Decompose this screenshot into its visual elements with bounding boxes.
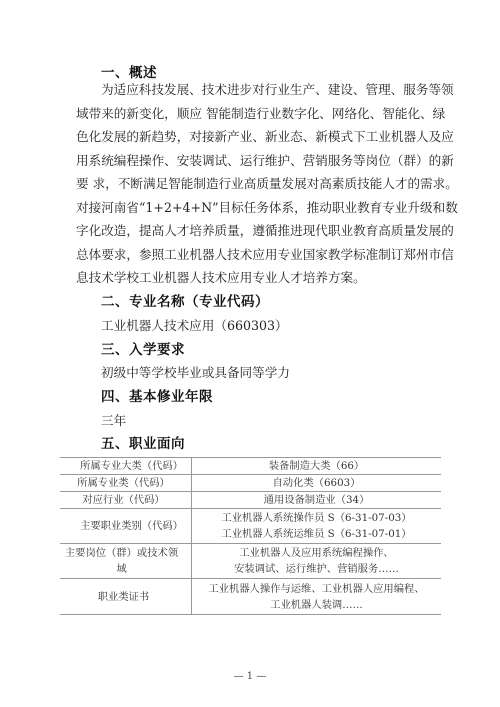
- duration-text: 三年: [101, 410, 126, 429]
- row-value: 工业机器人系统操作员 S（6-31-07-03） 工业机器人系统运维员 S（6-…: [192, 509, 442, 544]
- paragraph-line: 要 求，不断满足智能制造行业高质量发展对高素质技能人才的需求。: [76, 172, 448, 196]
- row-key: 职业类证书: [60, 579, 192, 615]
- table-row: 对应行业（代码） 通用设备制造业（34）: [60, 492, 441, 509]
- career-orientation-table: 所属专业大类（代码） 装备制造大类（66） 所属专业类（代码） 自动化类（660…: [60, 457, 441, 615]
- page-number: — 1 —: [0, 671, 500, 682]
- paragraph-line: 息技术学校工业机器人技术应用专业人才培养方案。: [76, 266, 448, 290]
- table-row: 主要岗位（群）或技术领域 工业机器人及应用系统编程操作、 安装调试、运行维护、营…: [60, 544, 441, 579]
- major-name-text: 工业机器人技术应用（660303）: [101, 315, 288, 334]
- admission-text: 初级中等学校毕业或具备同等学力: [101, 362, 290, 381]
- table-row: 所属专业大类（代码） 装备制造大类（66）: [60, 458, 441, 475]
- paragraph-line: 域带来的新变化，顺应 智能制造行业数字化、网络化、智能化、绿: [76, 102, 448, 126]
- row-key: 主要岗位（群）或技术领域: [60, 544, 192, 579]
- paragraph-line: 对接河南省“1+2+4+N”目标任务体系，推动职业教育专业升级和数: [76, 196, 448, 220]
- value-line: 安装调试、运行维护、营销服务……: [196, 561, 437, 577]
- table-row: 所属专业类（代码） 自动化类（6603）: [60, 475, 441, 492]
- table-row: 主要职业类别（代码） 工业机器人系统操作员 S（6-31-07-03） 工业机器…: [60, 509, 441, 544]
- value-line: 工业机器人装调……: [196, 597, 437, 613]
- document-page: 一、概述 为适应科技发展、技术进步对行业生产、建设、管理、服务等领 域带来的新变…: [0, 0, 500, 707]
- paragraph-line: 色化发展的新趋势，对接新产业、新业态、新模式下工业机器人及应: [76, 125, 448, 149]
- row-value: 工业机器人操作与运维、工业机器人应用编程、 工业机器人装调……: [192, 579, 442, 615]
- row-value: 装备制造大类（66）: [192, 458, 442, 475]
- section-heading-career: 五、职业面向: [101, 432, 185, 452]
- section-heading-admission: 三、入学要求: [101, 338, 185, 358]
- row-value: 通用设备制造业（34）: [192, 492, 442, 509]
- row-value: 工业机器人及应用系统编程操作、 安装调试、运行维护、营销服务……: [192, 544, 442, 579]
- row-key: 所属专业大类（代码）: [60, 458, 192, 475]
- value-line: 工业机器人及应用系统编程操作、: [196, 545, 437, 561]
- value-line: 工业机器人系统操作员 S（6-31-07-03）: [196, 510, 437, 526]
- value-line: 工业机器人系统运维员 S（6-31-07-01）: [196, 526, 437, 542]
- paragraph-line: 为适应科技发展、技术进步对行业生产、建设、管理、服务等领: [76, 78, 448, 102]
- row-value: 自动化类（6603）: [192, 475, 442, 492]
- paragraph-line: 用系统编程操作、安装调试、运行维护、营销服务等岗位（群）的新: [76, 149, 448, 173]
- paragraph-line: 字化改造，提高人才培养质量，遵循推进现代职业教育高质量发展的: [76, 219, 448, 243]
- row-key: 所属专业类（代码）: [60, 475, 192, 492]
- value-line: 工业机器人操作与运维、工业机器人应用编程、: [196, 581, 437, 597]
- overview-paragraph: 为适应科技发展、技术进步对行业生产、建设、管理、服务等领 域带来的新变化，顺应 …: [76, 78, 448, 290]
- table-row: 职业类证书 工业机器人操作与运维、工业机器人应用编程、 工业机器人装调……: [60, 579, 441, 615]
- row-key: 主要职业类别（代码）: [60, 509, 192, 544]
- section-heading-major-name: 二、专业名称（专业代码）: [101, 290, 269, 310]
- row-key: 对应行业（代码）: [60, 492, 192, 509]
- paragraph-line: 总体要求，参照工业机器人技术应用专业国家教学标准制订郑州市信: [76, 243, 448, 267]
- section-heading-duration: 四、基本修业年限: [101, 385, 213, 405]
